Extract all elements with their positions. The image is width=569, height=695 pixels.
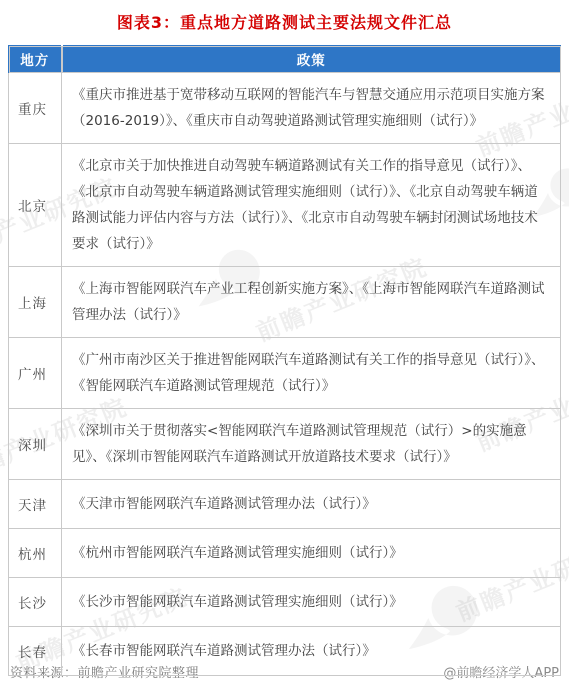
column-header-place: 地方 [9, 46, 62, 73]
place-cell: 重庆 [9, 73, 62, 144]
policy-cell: 《杭州市智能网联汽车道路测试管理实施细则（试行）》 [62, 529, 561, 578]
policy-cell: 《上海市智能网联汽车产业工程创新实施方案》、《上海市智能网联汽车道路测试管理办法… [62, 267, 561, 338]
policy-cell: 《重庆市推进基于宽带移动互联网的智能汽车与智慧交通应用示范项目实施方案（2016… [62, 73, 561, 144]
place-cell: 长沙 [9, 578, 62, 627]
place-cell: 深圳 [9, 409, 62, 480]
place-cell: 天津 [9, 480, 62, 529]
place-cell: 杭州 [9, 529, 62, 578]
place-cell: 长春 [9, 627, 62, 676]
table-header-row: 地方 政策 [9, 46, 561, 73]
place-cell: 广州 [9, 338, 62, 409]
table-row: 上海 《上海市智能网联汽车产业工程创新实施方案》、《上海市智能网联汽车道路测试管… [9, 267, 561, 338]
policy-table: 地方 政策 重庆 《重庆市推进基于宽带移动互联网的智能汽车与智慧交通应用示范项目… [8, 45, 561, 676]
policy-cell: 《长春市智能网联汽车道路测试管理办法（试行）》 [62, 627, 561, 676]
table-row: 长春 《长春市智能网联汽车道路测试管理办法（试行）》 [9, 627, 561, 676]
table-row: 广州 《广州市南沙区关于推进智能网联汽车道路测试有关工作的指导意见（试行）》、《… [9, 338, 561, 409]
table-row: 长沙 《长沙市智能网联汽车道路测试管理实施细则（试行）》 [9, 578, 561, 627]
policy-cell: 《广州市南沙区关于推进智能网联汽车道路测试有关工作的指导意见（试行）》、《智能网… [62, 338, 561, 409]
column-header-policy: 政策 [62, 46, 561, 73]
place-cell: 上海 [9, 267, 62, 338]
policy-cell: 《长沙市智能网联汽车道路测试管理实施细则（试行）》 [62, 578, 561, 627]
table-row: 深圳 《深圳市关于贯彻落实<智能网联汽车道路测试管理规范（试行）>的实施意见》、… [9, 409, 561, 480]
policy-cell: 《天津市智能网联汽车道路测试管理办法（试行）》 [62, 480, 561, 529]
page-title: 图表3：重点地方道路测试主要法规文件汇总 [0, 10, 569, 33]
policy-cell: 《北京市关于加快推进自动驾驶车辆道路测试有关工作的指导意见（试行）》、《北京市自… [62, 144, 561, 267]
table-row: 天津 《天津市智能网联汽车道路测试管理办法（试行）》 [9, 480, 561, 529]
place-cell: 北京 [9, 144, 62, 267]
policy-cell: 《深圳市关于贯彻落实<智能网联汽车道路测试管理规范（试行）>的实施意见》、《深圳… [62, 409, 561, 480]
table-row: 杭州 《杭州市智能网联汽车道路测试管理实施细则（试行）》 [9, 529, 561, 578]
table-row: 重庆 《重庆市推进基于宽带移动互联网的智能汽车与智慧交通应用示范项目实施方案（2… [9, 73, 561, 144]
table-row: 北京 《北京市关于加快推进自动驾驶车辆道路测试有关工作的指导意见（试行）》、《北… [9, 144, 561, 267]
